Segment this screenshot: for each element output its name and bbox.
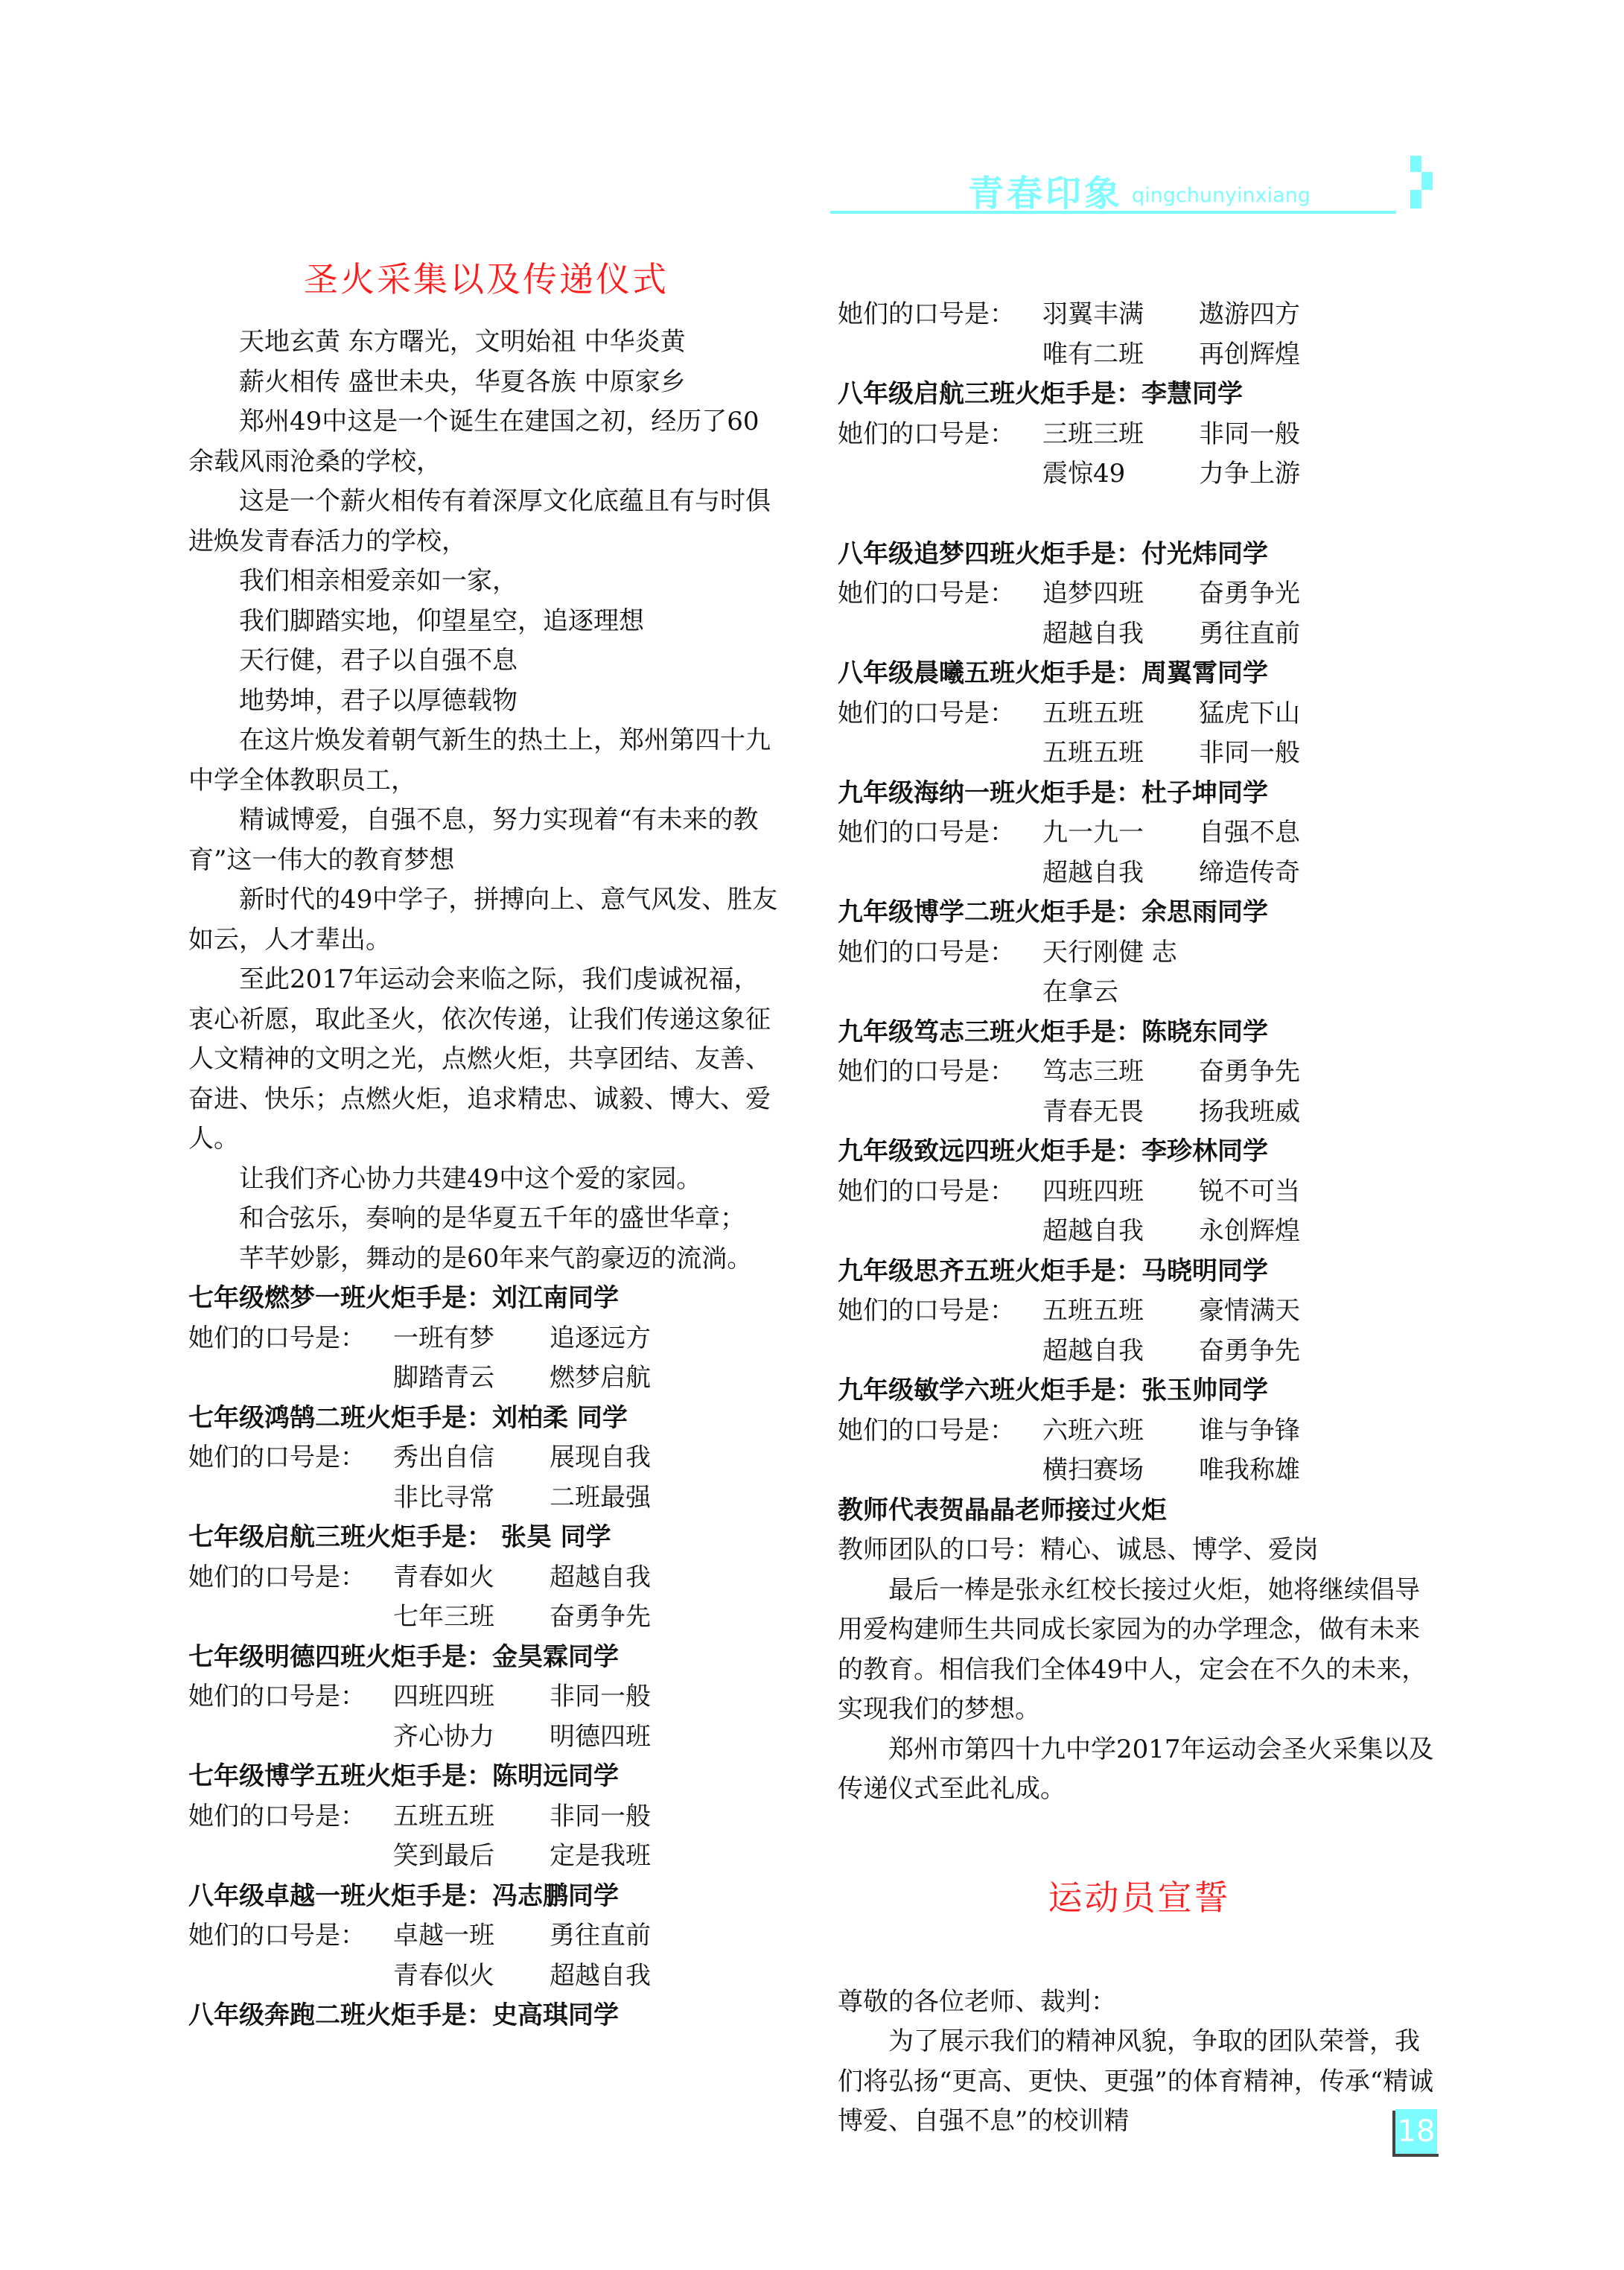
slogan-row: 青春无畏扬我班威 — [838, 1093, 1441, 1133]
slogan-label — [188, 1597, 393, 1638]
slogan-row: 她们的口号是：五班五班猛虎下山 — [838, 694, 1441, 734]
slogan-phrase: 七年三班 — [393, 1597, 550, 1638]
slogan-phrase: 非比寻常 — [393, 1478, 550, 1519]
slogan-label: 她们的口号是： — [838, 1411, 1042, 1452]
slogan-phrase: 非同一般 — [550, 1797, 651, 1837]
slogan-label — [838, 454, 1042, 495]
slogan-phrase: 永创辉煌 — [1199, 1212, 1300, 1252]
slogan-phrase: 六班六班 — [1042, 1411, 1199, 1452]
slogan-label: 她们的口号是： — [188, 1438, 393, 1478]
slogan-phrase: 锐不可当 — [1199, 1172, 1300, 1212]
slogan-label — [838, 1212, 1042, 1252]
slogan-phrase: 青春如火 — [393, 1558, 550, 1598]
slogan-phrase: 一班有梦 — [393, 1319, 550, 1359]
header-pinyin: qingchunyinxiang — [1132, 184, 1311, 207]
page-number: 18 — [1395, 2109, 1437, 2154]
spacer — [838, 495, 1441, 535]
intro-paragraph: 地势坤，君子以厚德载物 — [188, 681, 784, 722]
slogan-phrase: 力争上游 — [1199, 454, 1300, 495]
torchbearer-heading: 七年级明德四班火炬手是：金昊霖同学 — [188, 1638, 784, 1678]
slogan-row: 她们的口号是：三班三班非同一般 — [838, 415, 1441, 455]
intro-paragraph: 精诚博爱，自强不息，努力实现着“有未来的教育”这一伟大的教育梦想 — [188, 801, 784, 880]
slogan-label: 她们的口号是： — [188, 1677, 393, 1717]
section-title-torch: 圣火采集以及传递仪式 — [188, 249, 784, 309]
intro-paragraph: 这是一个薪火相传有着深厚文化底蕴且有与时俱进焕发青春活力的学校， — [188, 482, 784, 562]
continued-slogan: 她们的口号是：羽翼丰满遨游四方唯有二班再创辉煌 — [838, 295, 1441, 375]
header-title: 青春印象 — [968, 165, 1123, 216]
intro-paragraph: 天地玄黄 东方曙光，文明始祖 中华炎黄 — [188, 322, 784, 363]
slogan-row: 七年三班奋勇争先 — [188, 1597, 784, 1638]
slogan-row: 她们的口号是：四班四班锐不可当 — [838, 1172, 1441, 1212]
slogan-row: 唯有二班再创辉煌 — [838, 335, 1441, 375]
teacher-heading: 教师代表贺晶晶老师接过火炬 — [838, 1491, 1441, 1531]
torchbearer-heading: 九年级致远四班火炬手是：李珍林同学 — [838, 1132, 1441, 1172]
slogan-phrase: 再创辉煌 — [1199, 335, 1300, 375]
slogan-row: 超越自我勇往直前 — [838, 614, 1441, 655]
slogan-row: 她们的口号是：五班五班豪情满天 — [838, 1291, 1441, 1332]
oath-salutation: 尊敬的各位老师、裁判： — [838, 1983, 1441, 2023]
slogan-phrase: 豪情满天 — [1199, 1291, 1300, 1332]
slogan-phrase: 脚踏青云 — [393, 1358, 550, 1399]
torchbearer-heading: 八年级启航三班火炬手是：李慧同学 — [838, 375, 1441, 415]
slogan-label: 她们的口号是： — [838, 415, 1042, 455]
slogan-row: 超越自我奋勇争先 — [838, 1332, 1441, 1372]
slogan-label — [838, 614, 1042, 655]
torchbearer-heading: 九年级海纳一班火炬手是：杜子坤同学 — [838, 774, 1441, 814]
intro-paragraph: 薪火相传 盛世未央，华夏各族 中原家乡 — [188, 363, 784, 403]
slogan-phrase: 秀出自信 — [393, 1438, 550, 1478]
slogan-phrase: 超越自我 — [1042, 853, 1199, 894]
slogan-label — [838, 335, 1042, 375]
teacher-slogan: 教师团队的口号：精心、诚恳、博学、爱岗 — [838, 1530, 1441, 1571]
slogan-phrase: 横扫赛场 — [1042, 1451, 1199, 1491]
intro-paragraph: 新时代的49中学子，拼搏向上、意气风发、胜友如云，人才辈出。 — [188, 880, 784, 960]
left-column: 圣火采集以及传递仪式 天地玄黄 东方曙光，文明始祖 中华炎黄薪火相传 盛世未央，… — [188, 249, 784, 2036]
slogan-phrase: 非同一般 — [1199, 734, 1300, 774]
slogan-phrase: 九一九一 — [1042, 813, 1199, 853]
slogan-row: 非比寻常二班最强 — [188, 1478, 784, 1519]
slogan-row: 青春似火超越自我 — [188, 1956, 784, 1997]
slogan-row: 五班五班非同一般 — [838, 734, 1441, 774]
slogan-phrase: 超越自我 — [1042, 1212, 1199, 1252]
slogan-phrase: 奋勇争先 — [1199, 1332, 1300, 1372]
intro-paragraph: 和合弦乐，奏响的是华夏五千年的盛世华章； — [188, 1199, 784, 1239]
slogan-label: 她们的口号是： — [838, 694, 1042, 734]
slogan-phrase: 震惊49 — [1042, 454, 1199, 495]
torchbearer-heading: 九年级敏学六班火炬手是：张玉帅同学 — [838, 1371, 1441, 1411]
slogan-row: 她们的口号是：卓越一班勇往直前 — [188, 1916, 784, 1956]
slogan-phrase: 笃志三班 — [1042, 1052, 1199, 1093]
slogan-phrase: 明德四班 — [550, 1717, 651, 1758]
slogan-label: 她们的口号是： — [838, 1172, 1042, 1212]
slogan-phrase: 五班五班 — [1042, 1291, 1199, 1332]
slogan-phrase: 非同一般 — [550, 1677, 651, 1717]
slogan-label: 她们的口号是： — [838, 574, 1042, 614]
torchbearer-heading: 八年级奔跑二班火炬手是：史高琪同学 — [188, 1996, 784, 2036]
intro-paragraph: 天行健，君子以自强不息 — [188, 641, 784, 681]
slogan-row: 她们的口号是：四班四班非同一般 — [188, 1677, 784, 1717]
intro-paragraph: 让我们齐心协力共建49中这个爱的家园。 — [188, 1160, 784, 1200]
slogan-phrase: 勇往直前 — [1199, 614, 1300, 655]
intro-paragraph: 郑州49中这是一个诞生在建国之初，经历了60余载风雨沧桑的学校， — [188, 402, 784, 482]
slogan-label: 她们的口号是： — [188, 1558, 393, 1598]
slogan-phrase: 五班五班 — [1042, 694, 1199, 734]
slogan-row: 超越自我缔造传奇 — [838, 853, 1441, 894]
closing-paragraph: 郑州市第四十九中学2017年运动会圣火采集以及传递仪式至此礼成。 — [838, 1730, 1441, 1810]
slogan-row: 笑到最后定是我班 — [188, 1837, 784, 1877]
running-header: 青春印象 qingchunyinxiang — [830, 153, 1448, 212]
slogan-row: 她们的口号是：秀出自信展现自我 — [188, 1438, 784, 1478]
torchbearer-heading: 八年级追梦四班火炬手是：付光炜同学 — [838, 535, 1441, 575]
header-deco-square-top — [1410, 156, 1421, 172]
slogan-phrase: 唯有二班 — [1042, 335, 1199, 375]
slogan-label — [838, 1093, 1042, 1133]
slogan-phrase: 超越自我 — [1042, 614, 1199, 655]
torchbearer-heading: 七年级燃梦一班火炬手是：刘江南同学 — [188, 1279, 784, 1319]
torchbearer-heading: 七年级启航三班火炬手是： 张昊 同学 — [188, 1518, 784, 1558]
slogan-row: 她们的口号是：天行刚健 志在拿云 — [838, 933, 1441, 1013]
intro-paragraph: 我们相亲相爱亲如一家， — [188, 562, 784, 602]
torchbearer-heading: 九年级博学二班火炬手是：余思雨同学 — [838, 893, 1441, 933]
slogan-row: 震惊49力争上游 — [838, 454, 1441, 495]
slogan-phrase: 奋勇争先 — [1199, 1052, 1300, 1093]
torchbearer-list-continued: 八年级启航三班火炬手是：李慧同学她们的口号是：三班三班非同一般震惊49力争上游八… — [838, 375, 1441, 1491]
closing-paragraph: 最后一棒是张永红校长接过火炬，她将继续倡导用爱构建师生共同成长家园为的办学理念，… — [838, 1571, 1441, 1730]
slogan-row: 她们的口号是：青春如火超越自我 — [188, 1558, 784, 1598]
slogan-row: 齐心协力明德四班 — [188, 1717, 784, 1758]
slogan-phrase: 勇往直前 — [550, 1916, 651, 1956]
slogan-label: 她们的口号是： — [838, 295, 1042, 335]
slogan-row: 她们的口号是：九一九一自强不息 — [838, 813, 1441, 853]
slogan-row: 她们的口号是：一班有梦追逐远方 — [188, 1319, 784, 1359]
slogan-phrase: 齐心协力 — [393, 1717, 550, 1758]
slogan-label: 她们的口号是： — [188, 1797, 393, 1837]
slogan-phrase: 二班最强 — [550, 1478, 651, 1519]
slogan-row: 她们的口号是：笃志三班奋勇争先 — [838, 1052, 1441, 1093]
header-deco-square-bottom — [1410, 190, 1421, 209]
slogan-phrase: 四班四班 — [393, 1677, 550, 1717]
slogan-phrase: 青春无畏 — [1042, 1093, 1199, 1133]
slogan-row: 横扫赛场唯我称雄 — [838, 1451, 1441, 1491]
slogan-label — [838, 1332, 1042, 1372]
slogan-row: 脚踏青云燃梦启航 — [188, 1358, 784, 1399]
slogan-phrase: 奋勇争光 — [1199, 574, 1300, 614]
slogan-phrase: 追逐远方 — [550, 1319, 651, 1359]
slogan-label — [838, 853, 1042, 894]
slogan-label — [188, 1837, 393, 1877]
slogan-row: 她们的口号是：追梦四班奋勇争光 — [838, 574, 1441, 614]
slogan-phrase: 展现自我 — [550, 1438, 651, 1478]
slogan-phrase: 谁与争锋 — [1199, 1411, 1300, 1452]
slogan-phrase: 超越自我 — [550, 1558, 651, 1598]
torchbearer-list: 七年级燃梦一班火炬手是：刘江南同学她们的口号是：一班有梦追逐远方脚踏青云燃梦启航… — [188, 1279, 784, 2036]
slogan-phrase: 扬我班威 — [1199, 1093, 1300, 1133]
torchbearer-heading: 八年级卓越一班火炬手是：冯志鹏同学 — [188, 1877, 784, 1917]
slogan-phrase: 天行刚健 志在拿云 — [1042, 933, 1199, 1013]
torchbearer-heading: 七年级鸿鹄二班火炬手是：刘柏柔 同学 — [188, 1399, 784, 1439]
torchbearer-heading: 九年级思齐五班火炬手是：马晓明同学 — [838, 1252, 1441, 1292]
slogan-phrase: 卓越一班 — [393, 1916, 550, 1956]
slogan-phrase: 猛虎下山 — [1199, 694, 1300, 734]
slogan-label: 她们的口号是： — [838, 1291, 1042, 1332]
oath-body: 为了展示我们的精神风貌，争取的团队荣誉，我们将弘扬“更高、更快、更强”的体育精神… — [838, 2022, 1441, 2142]
torchbearer-heading: 八年级晨曦五班火炬手是：周翼霄同学 — [838, 654, 1441, 694]
intro-text: 天地玄黄 东方曙光，文明始祖 中华炎黄薪火相传 盛世未央，华夏各族 中原家乡郑州… — [188, 322, 784, 1279]
slogan-phrase: 三班三班 — [1042, 415, 1199, 455]
slogan-phrase: 笑到最后 — [393, 1837, 550, 1877]
slogan-phrase: 燃梦启航 — [550, 1358, 651, 1399]
slogan-phrase: 五班五班 — [393, 1797, 550, 1837]
slogan-phrase: 追梦四班 — [1042, 574, 1199, 614]
header-rule — [830, 211, 1396, 214]
slogan-label — [838, 734, 1042, 774]
slogan-row: 超越自我永创辉煌 — [838, 1212, 1441, 1252]
right-column: 她们的口号是：羽翼丰满遨游四方唯有二班再创辉煌 八年级启航三班火炬手是：李慧同学… — [838, 295, 1441, 2142]
slogan-phrase: 青春似火 — [393, 1956, 550, 1997]
slogan-phrase: 四班四班 — [1042, 1172, 1199, 1212]
slogan-row: 她们的口号是：五班五班非同一般 — [188, 1797, 784, 1837]
slogan-phrase: 自强不息 — [1199, 813, 1300, 853]
slogan-label: 她们的口号是： — [188, 1916, 393, 1956]
slogan-row: 她们的口号是：六班六班谁与争锋 — [838, 1411, 1441, 1452]
slogan-phrase: 遨游四方 — [1199, 295, 1300, 335]
slogan-phrase: 奋勇争先 — [550, 1597, 651, 1638]
slogan-label — [188, 1478, 393, 1519]
slogan-phrase: 羽翼丰满 — [1042, 295, 1199, 335]
section-title-oath: 运动员宣誓 — [838, 1868, 1441, 1927]
torchbearer-heading: 七年级博学五班火炬手是：陈明远同学 — [188, 1757, 784, 1797]
slogan-phrase: 五班五班 — [1042, 734, 1199, 774]
slogan-label: 她们的口号是： — [838, 1052, 1042, 1093]
slogan-row: 她们的口号是：羽翼丰满遨游四方 — [838, 295, 1441, 335]
slogan-phrase: 非同一般 — [1199, 415, 1300, 455]
slogan-label — [188, 1956, 393, 1997]
slogan-label — [188, 1717, 393, 1758]
slogan-label: 她们的口号是： — [188, 1319, 393, 1359]
slogan-phrase: 超越自我 — [550, 1956, 651, 1997]
slogan-phrase: 唯我称雄 — [1199, 1451, 1300, 1491]
intro-paragraph: 在这片焕发着朝气新生的热土上，郑州第四十九中学全体教职员工， — [188, 721, 784, 801]
torchbearer-heading: 九年级笃志三班火炬手是：陈晓东同学 — [838, 1013, 1441, 1053]
slogan-label — [838, 1451, 1042, 1491]
slogan-phrase: 缔造传奇 — [1199, 853, 1300, 894]
slogan-phrase: 定是我班 — [550, 1837, 651, 1877]
slogan-label: 她们的口号是： — [838, 813, 1042, 853]
slogan-label — [188, 1358, 393, 1399]
slogan-phrase: 超越自我 — [1042, 1332, 1199, 1372]
intro-paragraph: 我们脚踏实地，仰望星空，追逐理想 — [188, 602, 784, 642]
slogan-label: 她们的口号是： — [838, 933, 1042, 1013]
intro-paragraph: 至此2017年运动会来临之际，我们虔诚祝福，衷心祈愿，取此圣火，依次传递，让我们… — [188, 960, 784, 1160]
intro-paragraph: 芊芊妙影，舞动的是60年来气韵豪迈的流淌。 — [188, 1239, 784, 1279]
header-deco-square-mid — [1421, 172, 1433, 190]
page-number-shadow — [1392, 2154, 1439, 2157]
